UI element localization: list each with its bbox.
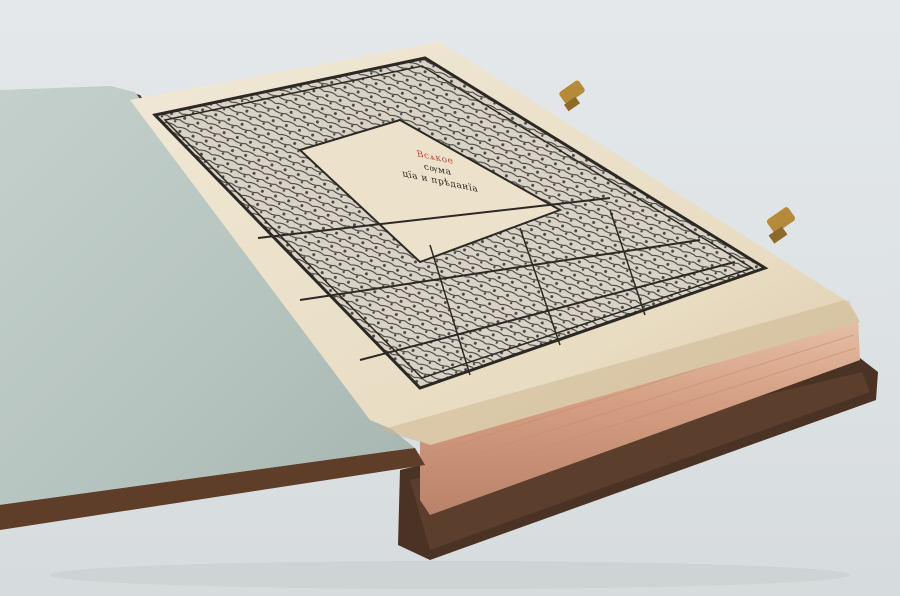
photo-scene: Всѧкое сѹма цїа и прѣданїа Antique Cyril… [0, 0, 900, 596]
brass-clasp-top [558, 79, 586, 111]
scene-caption: Antique Cyrillic printed book opened to … [0, 0, 1, 1]
brass-clasp-bottom [766, 206, 796, 244]
book-illustration [0, 0, 900, 596]
